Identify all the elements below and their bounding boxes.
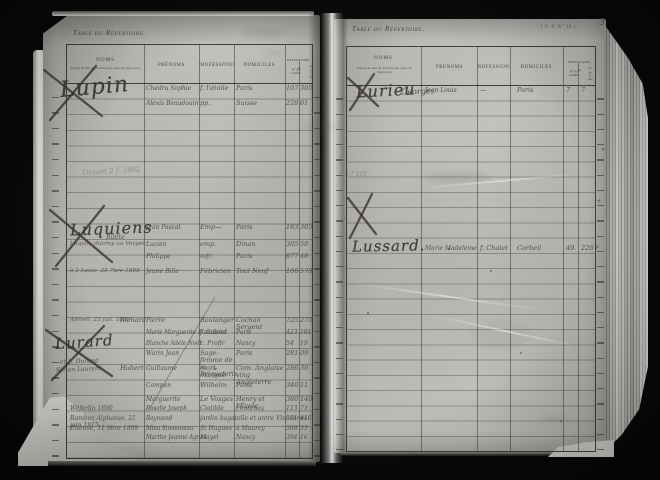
column-header-domiciles: DOMICILES — [234, 45, 285, 83]
under-page-sliver-top — [52, 11, 314, 16]
left-page-title: Table du Répertoire. — [73, 29, 146, 37]
repertoire-table-left: NOMS (placés en tête de chacune des case… — [66, 44, 313, 459]
noms-label: NOMS — [96, 57, 115, 63]
page-ref-label: ( P. P. N° 36 ) — [541, 24, 576, 29]
column-header-volume: N° du volume — [285, 61, 306, 83]
column-header-volume: N° du volume — [563, 63, 584, 85]
column-line — [199, 45, 200, 458]
page-block-edge — [604, 24, 648, 452]
column-line — [421, 47, 422, 451]
column-line — [144, 45, 145, 458]
column-line — [285, 45, 286, 458]
column-header-domiciles: DOMICILES — [510, 47, 563, 85]
column-header-noms: NOMS (placés en tête de chacune des case… — [67, 45, 144, 83]
column-header-repertoire: RÉPERTOIREdu N° du volume N° de la case — [563, 47, 595, 85]
column-line — [563, 47, 564, 451]
noms-sublabel: (placés en tête de chacune des cases du … — [69, 66, 142, 70]
column-header-prenoms: PRÉNOMS — [421, 47, 477, 85]
column-line — [510, 47, 511, 451]
noms-sublabel: (placés en tête de chacune des cases du … — [349, 66, 419, 74]
book-scan-photo: Table du Répertoire. Table du Répertoire… — [0, 0, 660, 480]
table-header-right: NOMS (placés en tête de chacune des case… — [347, 47, 595, 86]
column-header-case: N° de la case — [306, 61, 312, 83]
page-block-glare — [604, 24, 648, 452]
column-line — [477, 47, 478, 451]
bottom-page-edge-left — [48, 461, 316, 466]
column-line — [578, 63, 579, 451]
table-body-right — [347, 86, 595, 451]
column-line — [299, 61, 300, 458]
column-header-noms: NOMS (placés en tête de chacune des case… — [347, 47, 421, 85]
repertoire-table-right: NOMS (placés en tête de chacune des case… — [346, 46, 596, 452]
folio-number: 3 — [599, 18, 605, 28]
column-header-prenoms: PRÉNOMS — [144, 45, 199, 83]
column-header-professions: PROFESSIONS — [477, 47, 510, 85]
right-page-title: Table du Répertoire. — [352, 25, 425, 33]
noms-label: NOMS — [375, 55, 394, 61]
column-line — [234, 45, 235, 458]
table-header-left: NOMS (placés en tête de chacune des case… — [67, 45, 312, 84]
table-body-left — [67, 84, 312, 458]
column-header-professions: PROFESSIONS — [199, 45, 234, 83]
column-header-case: N° de la case — [584, 63, 595, 85]
